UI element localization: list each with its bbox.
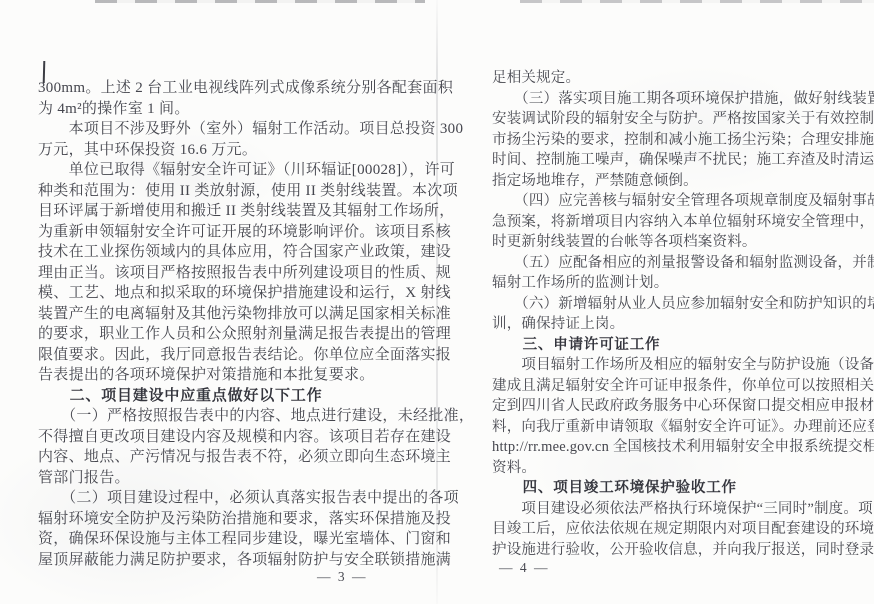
scanned-document-spread: 300mm。上述 2 台工业电视线阵列式成像系统分别各配套面积为 4m²的操作室… [0,0,874,604]
text-line: 万元，其中环保投资 16.6 万元。 [38,140,442,161]
text-line: 理由正当。该项目严格按照报告表中所列建设项目的性质、规 [38,263,442,284]
section-heading-line: 二、项目建设中应重点做好以下工作 [38,386,442,407]
section-heading-line: 三、申请许可证工作 [492,335,866,356]
page-3-number: — 3 — [317,569,368,585]
text-line: （四）应完善核与辐射安全管理各项规章制度及辐射事故应 [492,191,866,212]
text-line: 资，确保环保设施与主体工程同步建设，曝光室墙体、门窗和 [38,529,442,550]
text-line: 技术在工业探伤领域内的具体应用，符合国家产业政策，建设 [38,242,442,263]
text-line: 训，确保持证上岗。 [492,314,866,335]
text-line: 内容、地点、产污情况与报告表不符，必须立即向生态环境主 [38,447,442,468]
page-3: 300mm。上述 2 台工业电视线阵列式成像系统分别各配套面积为 4m²的操作室… [38,78,442,570]
text-line: 急预案，将新增项目内容纳入本单位辐射环境安全管理中，及 [492,212,866,233]
text-line: 限值要求。因此，我厅同意报告表结论。你单位应全面落实报 [38,345,442,366]
text-line: 单位已取得《辐射安全许可证》（川环辐证[00028]），许可 [38,160,442,181]
scan-top-edge-artifact [520,0,874,3]
text-line: （二）项目建设过程中，必须认真落实报告表中提出的各项 [38,488,442,509]
text-line: 管部门报告。 [38,468,442,489]
text-line: （三）落实项目施工期各项环境保护措施，做好射线装置在 [492,89,866,110]
text-line: 项目建设必须依法严格执行环境保护“三同时”制度。项 [492,499,866,520]
page-4: 足相关规定。 （三）落实项目施工期各项环境保护措施，做好射线装置在安装调试阶段的… [492,68,866,560]
text-line: http://rr.mee.gov.cn 全国核技术利用辐射安全申报系统提交相关 [492,437,866,458]
text-line: 种类和范围为：使用 II 类放射源，使用 II 类射线装置。本次项 [38,181,442,202]
text-line: 护设施进行验收，公开验收信息，并向我厅报送，同时登录全 [492,540,866,561]
text-line: （一）严格按照报告表中的内容、地点进行建设，未经批准， [38,406,442,427]
text-line: 目竣工后，应依法依规在规定期限内对项目配套建设的环境保 [492,519,866,540]
text-line: 足相关规定。 [492,68,866,89]
text-line: 本项目不涉及野外（室外）辐射工作活动。项目总投资 300 [38,119,442,140]
text-line: 装置产生的电离辐射及其他污染物排放可以满足国家相关标准 [38,304,442,325]
text-line: 辐射工作场所的监测计划。 [492,273,866,294]
text-line: 辐射环境安全防护及污染防治措施和要求，落实环保措施及投 [38,509,442,530]
text-line: （五）应配备相应的剂量报警设备和辐射监测设备，并制定 [492,253,866,274]
text-line: 的要求，职业工作人员和公众照射剂量满足报告表提出的管理 [38,324,442,345]
text-line: （六）新增辐射从业人员应参加辐射安全和防护知识的培 [492,294,866,315]
text-line: 建成且满足辐射安全许可证申报条件，你单位可以按照相关规 [492,376,866,397]
text-line: 时更新射线装置的台帐等各项档案资料。 [492,232,866,253]
text-line: 屋顶屏蔽能力满足防护要求，各项辐射防护与安全联锁措施满 [38,550,442,571]
text-line: 指定场地堆存，严禁随意倾倒。 [492,171,866,192]
text-line: 为 4m²的操作室 1 间。 [38,99,442,120]
text-line: 模、工艺、地点和拟采取的环境保护措施建设和运行，X 射线 [38,283,442,304]
text-line: 告表提出的各项环境保护对策措施和本批复要求。 [38,365,442,386]
page-4-number: — 4 — [499,560,550,576]
scan-top-edge-artifact [95,0,425,3]
text-line: 安装调试阶段的辐射安全与防护。严格按国家关于有效控制城 [492,109,866,130]
text-line: 项目辐射工作场所及相应的辐射安全与防护设施（设备） [492,355,866,376]
text-line: 300mm。上述 2 台工业电视线阵列式成像系统分别各配套面积 [38,78,442,99]
text-line: 料，向我厅重新申请领取《辐射安全许可证》。办理前还应登陆 [492,417,866,438]
text-line: 不得擅自更改项目建设内容及规模和内容。该项目若存在建设 [38,427,442,448]
text-line: 市扬尘污染的要求，控制和减小施工扬尘污染；合理安排施工 [492,130,866,151]
text-line: 目环评属于新增使用和搬迁 II 类射线装置及其辐射工作场所， [38,201,442,222]
text-line: 定到四川省人民政府政务服务中心环保窗口提交相应申报材 [492,396,866,417]
text-line: 资料。 [492,458,866,479]
text-line: 为重新申领辐射安全许可证开展的环境影响评价。该项目系核 [38,222,442,243]
text-line: 时间、控制施工噪声，确保噪声不扰民；施工弃渣及时清运到 [492,150,866,171]
section-heading-line: 四、项目竣工环境保护验收工作 [492,478,866,499]
